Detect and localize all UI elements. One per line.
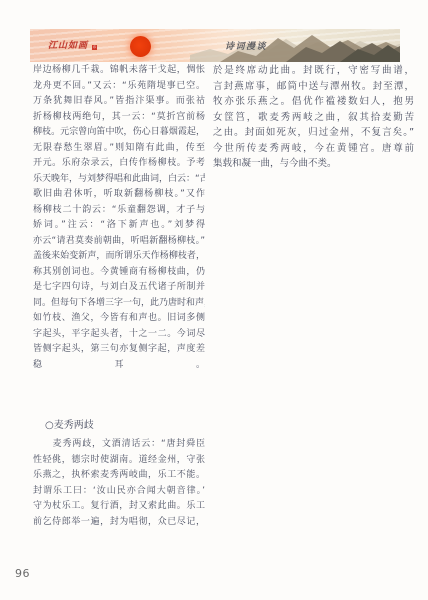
text-line: 前乞侍郎举一遍，封为唱彻，众已尽记，: [33, 515, 205, 531]
text-line: 万条犹舞旧春风。”皆指汴渠事。而张祜: [33, 94, 205, 110]
book-page: 江山如画 印 诗词漫谈 岸边杨柳几千栽。锦帆未落干戈起，惆怅龙舟更不回。”又云：…: [0, 0, 428, 600]
red-sun-icon: [130, 36, 151, 57]
text-line: 牧亦张乐燕之。倡优作褴褛数妇人，抱男: [213, 94, 414, 110]
text-line: 岸边杨柳几千栽。锦帆未落干戈起，惆怅: [33, 63, 205, 79]
text-line: 亦云“请君莫奏前朝曲，听唱新翻杨柳枝。”: [33, 234, 205, 250]
banner-calligraphy-left: 江山如画: [48, 38, 88, 51]
text-line: 字起头，平字起头者，十之一二。今词尽: [33, 327, 205, 343]
text-line: 歌旧曲君休听，听取新翻杨柳枝。”又作: [33, 187, 205, 203]
text-line: 之由。封面如死灰，归过金州，不复言矣。”: [213, 125, 414, 141]
text-line: 开元。乐府杂录云，白传作杨柳枝。予考: [33, 156, 205, 172]
section-heading: ○麦秀两歧: [33, 417, 205, 434]
text-line: 女筐筥，歌麦秀两岐之曲，叙其拾麦勤苦: [213, 110, 414, 126]
text-line: 守为杖乐工。复行酒，封又索此曲。乐工: [33, 499, 205, 515]
text-line: 乐燕之，执杯索麦秀两岐曲，乐工不能。: [33, 468, 205, 484]
text-line: 乐天晚年，与刘梦得唱和此曲词，白云：“古: [33, 172, 205, 188]
text-line: 於是终席动此曲。封既行，守密写曲谱，: [213, 63, 414, 79]
text-line: 麦秀两歧，文酒清话云：“唐封舜臣: [33, 437, 205, 453]
text-line: 稳耳。: [33, 358, 205, 374]
text-line: 盖後来始变新声，而所谓乐天作杨柳枝者，: [33, 249, 205, 265]
text-line: 言封燕席事，邮筒中送与潭州牧。封至潭，: [213, 79, 414, 95]
text-line: 龙舟更不回。”又云：“乐苑隋堤事已空。: [33, 79, 205, 95]
section-paragraph: 麦秀两歧，文酒清话云：“唐封舜臣性轻佻，德宗时使湖南。道经金州，守张乐燕之，执杯…: [33, 437, 205, 530]
header-banner-painting: 江山如画 印 诗词漫谈: [30, 29, 400, 62]
text-line: 同。但每句下各增三字一句，此乃唐时和声，: [33, 296, 205, 312]
text-line: 无限春愁生翠眉。”则知隋有此曲，传至: [33, 141, 205, 157]
text-line: 今世所传麦秀两岐，今在黄锺宫。唐尊前: [213, 141, 414, 157]
text-line: 折杨柳枝两绝句，其一云：“莫折宫前杨: [33, 110, 205, 126]
banner-calligraphy-right: 诗词漫谈: [225, 39, 267, 52]
text-line: 称其别创词也。今黄锺商有杨柳枝曲，仍: [33, 265, 205, 281]
text-line: 封谓乐工曰：‘汝山民亦合闻大朝音律。’: [33, 484, 205, 500]
page-body: 岸边杨柳几千栽。锦帆未落干戈起，惆怅龙舟更不回。”又云：“乐苑隋堤事已空。万条犹…: [33, 63, 414, 530]
red-seal-stamp: 印: [92, 45, 97, 50]
text-line: 皆侧字起头，第三句亦复侧字起，声度差: [33, 342, 205, 358]
mountain-landscape-illustration: [190, 29, 400, 62]
text-line: 如竹枝、渔父，今皆有和声也。旧词多侧: [33, 311, 205, 327]
left-column-paragraph: 岸边杨柳几千栽。锦帆未落干戈起，惆怅龙舟更不回。”又云：“乐苑隋堤事已空。万条犹…: [33, 63, 205, 373]
text-line: 集载和凝一曲，与今曲不类。: [213, 156, 414, 172]
text-line: 是七字四句诗，与刘白及五代诸子所制并: [33, 280, 205, 296]
page-number: 96: [15, 567, 30, 580]
left-column: 岸边杨柳几千栽。锦帆未落干戈起，惆怅龙舟更不回。”又云：“乐苑隋堤事已空。万条犹…: [33, 63, 205, 530]
text-line: 性轻佻，德宗时使湖南。道经金州，守张: [33, 453, 205, 469]
right-column: 於是终席动此曲。封既行，守密写曲谱，言封燕席事，邮筒中送与潭州牧。封至潭，牧亦张…: [213, 63, 414, 530]
text-line: 杨柳枝二十韵云：“乐童翻怨调，才子与: [33, 203, 205, 219]
text-line: 柳枝。元宗曾向笛中吹，伤心日暮烟霞起，: [33, 125, 205, 141]
text-line: 娇词。”注云：“洛下新声也。”刘梦得: [33, 218, 205, 234]
